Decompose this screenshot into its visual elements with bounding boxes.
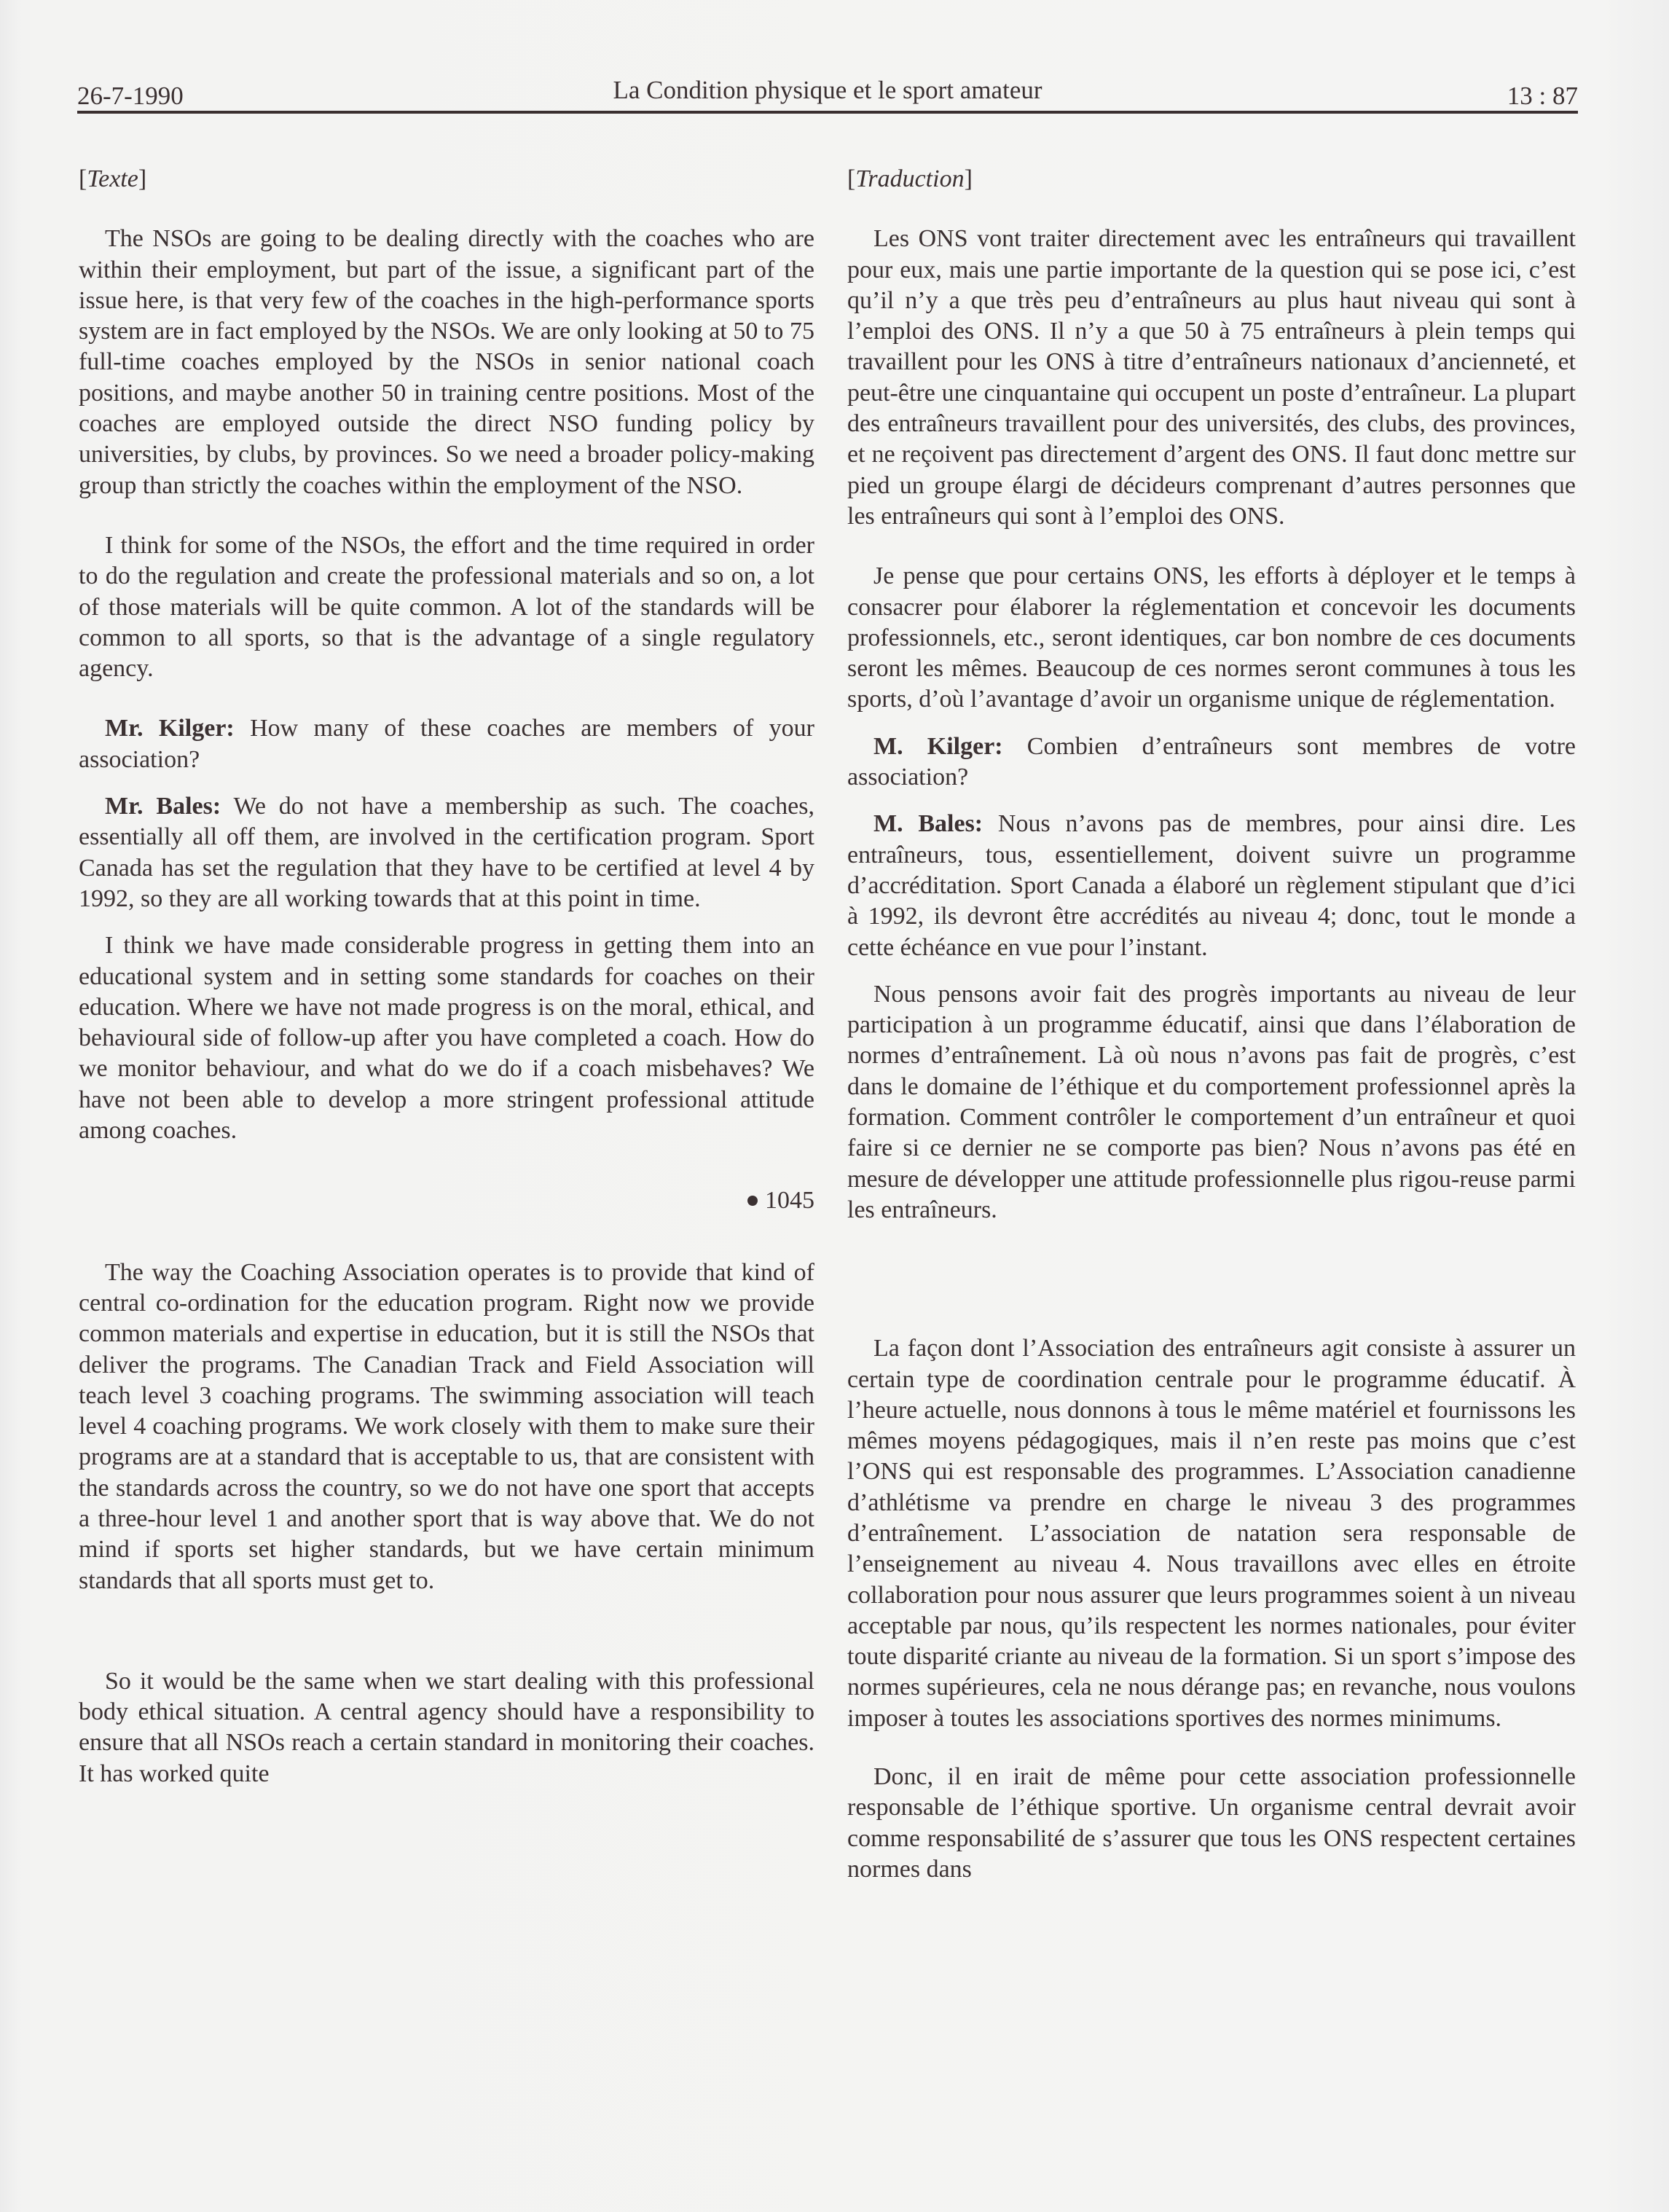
running-head: 26-7-1990 La Condition physique et le sp… xyxy=(77,70,1578,111)
paragraph: La façon dont l’Association des entraîne… xyxy=(847,1333,1576,1734)
section-label-texte: [Texte] xyxy=(79,164,814,195)
speaker-name: Mr. Bales: xyxy=(105,793,221,820)
paragraph: The way the Coaching Association operate… xyxy=(79,1258,814,1596)
paragraph: So it would be the same when we start de… xyxy=(79,1666,814,1789)
time-marker: 1045 xyxy=(79,1185,814,1216)
paragraph: Je pense que pour certains ONS, les effo… xyxy=(847,561,1576,715)
document-page: 26-7-1990 La Condition physique et le sp… xyxy=(0,0,1669,2212)
english-column: [Texte] The NSOs are going to be dealing… xyxy=(79,164,814,1789)
paragraph-kilger-question: M. Kilger: Combien d’entraîneurs sont me… xyxy=(847,732,1576,793)
header-title: La Condition physique et le sport amateu… xyxy=(77,70,1578,111)
section-label-text: Texte xyxy=(87,165,138,192)
paragraph: I think for some of the NSOs, the effort… xyxy=(79,530,814,684)
paragraph-bales-answer: Mr. Bales: We do not have a membership a… xyxy=(79,791,814,914)
speaker-name: M. Kilger: xyxy=(873,733,1003,760)
paragraph-bales-answer: M. Bales: Nous n’avons pas de membres, p… xyxy=(847,809,1576,962)
section-label-text: Traduction xyxy=(855,165,964,192)
section-label-traduction: [Traduction] xyxy=(847,164,1576,195)
paragraph: I think we have made considerable progre… xyxy=(79,930,814,1146)
french-column: [Traduction] Les ONS vont traiter direct… xyxy=(847,164,1576,1885)
paragraph: The NSOs are going to be dealing directl… xyxy=(79,224,814,501)
bullet-icon xyxy=(747,1196,758,1206)
paragraph: Les ONS vont traiter directement avec le… xyxy=(847,224,1576,532)
header-rule xyxy=(77,111,1578,114)
speaker-name: M. Bales: xyxy=(873,810,983,837)
speaker-name: Mr. Kilger: xyxy=(105,715,235,742)
paragraph: Nous pensons avoir fait des progrès impo… xyxy=(847,979,1576,1225)
paragraph-kilger-question: Mr. Kilger: How many of these coaches ar… xyxy=(79,713,814,775)
paragraph: Donc, il en irait de même pour cette ass… xyxy=(847,1762,1576,1885)
